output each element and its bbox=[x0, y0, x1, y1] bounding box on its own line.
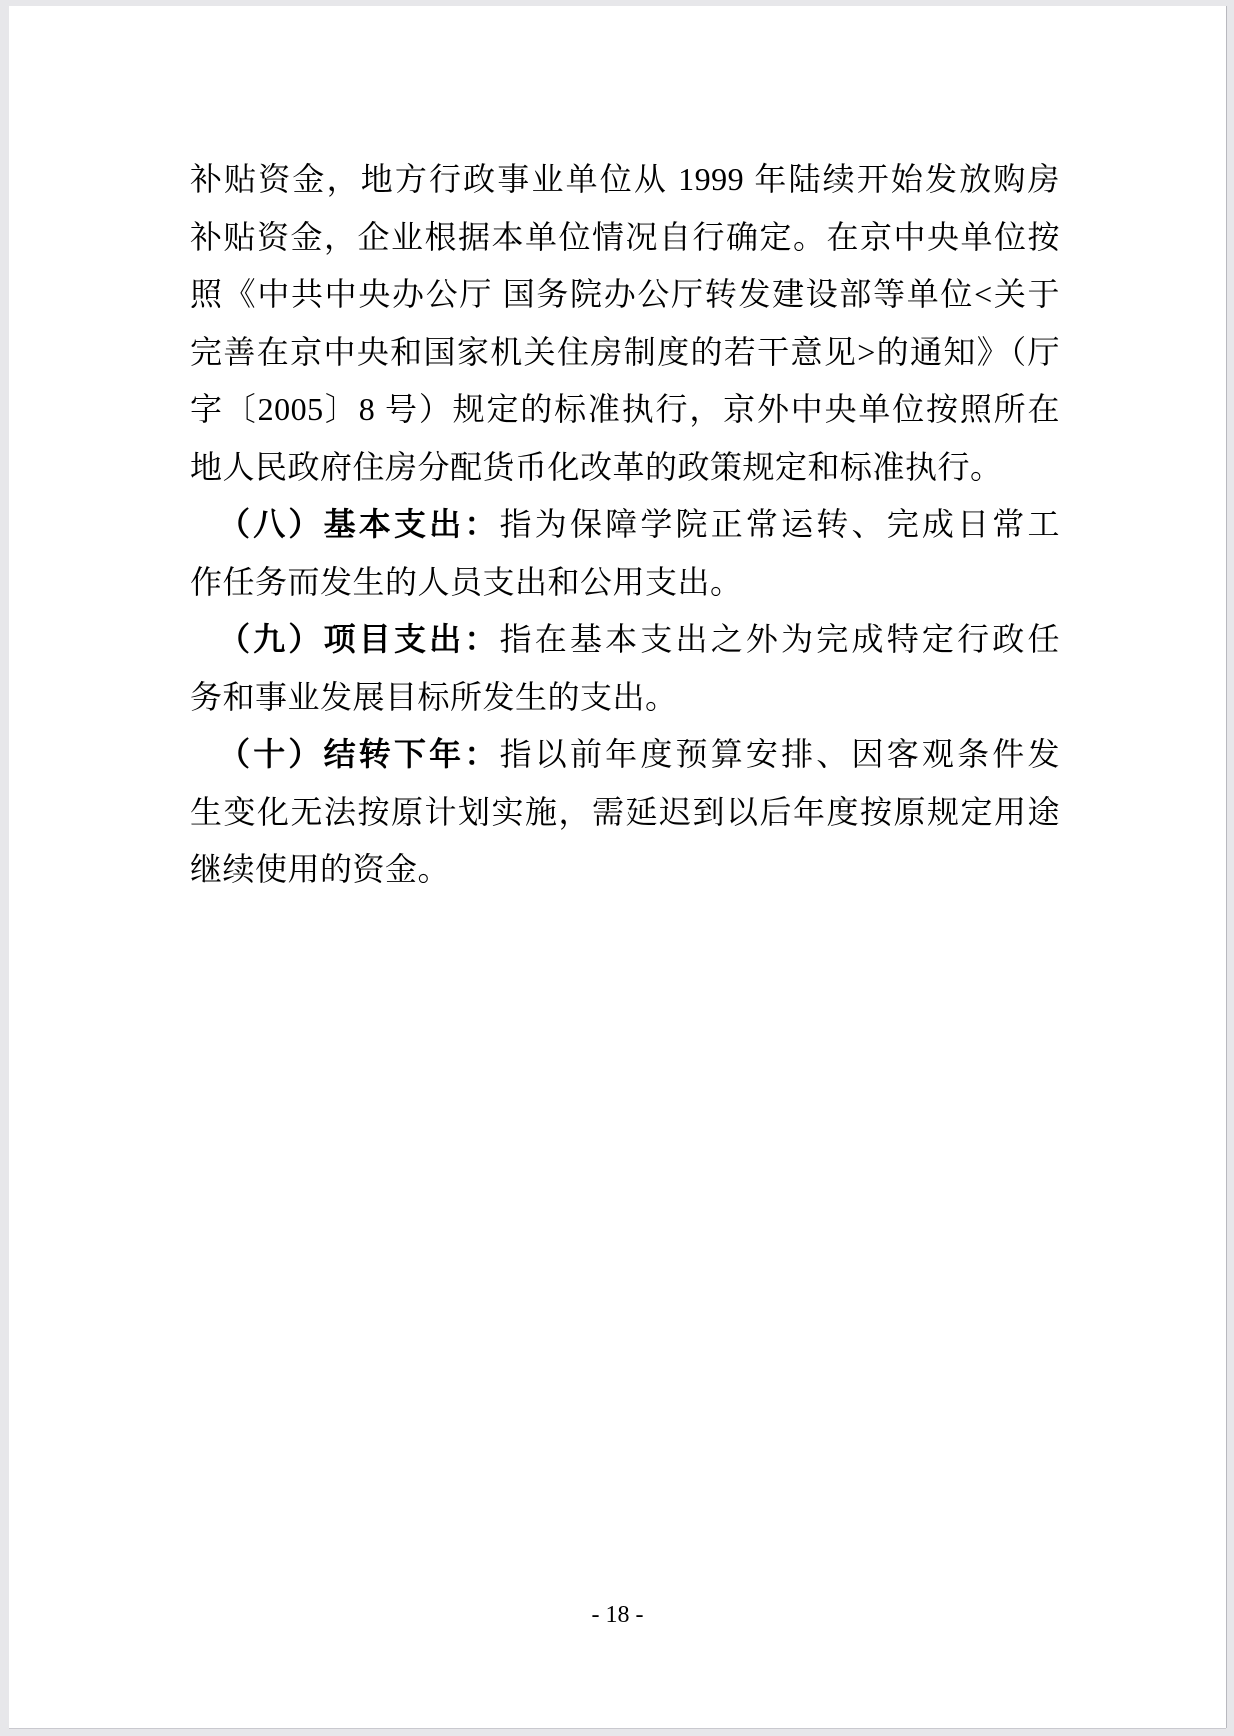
body-line: 完善在京中央和国家机关住房制度的若干意见>的通知》（厅 bbox=[190, 324, 1060, 382]
section-label: （九）项目支出： bbox=[218, 621, 500, 657]
section-label: （八）基本支出： bbox=[218, 506, 500, 542]
document-viewer: { "document": { "lines": [ { "text": "补贴… bbox=[0, 0, 1234, 1736]
document-page: 补贴资金，地方行政事业单位从 1999 年陆续开始发放购房 补贴资金，企业根据本… bbox=[9, 6, 1226, 1728]
body-text-block: 补贴资金，地方行政事业单位从 1999 年陆续开始发放购房 补贴资金，企业根据本… bbox=[190, 151, 1060, 899]
body-line: 作任务而发生的人员支出和公用支出。 bbox=[190, 554, 1060, 612]
section-label: （十）结转下年： bbox=[218, 736, 500, 772]
body-line: 生变化无法按原计划实施，需延迟到以后年度按原规定用途 bbox=[190, 784, 1060, 842]
body-line-section-10: （十）结转下年：指以前年度预算安排、因客观条件发 bbox=[190, 726, 1060, 784]
page-number: - 18 - bbox=[9, 1600, 1226, 1630]
section-text: 指以前年度预算安排、因客观条件发 bbox=[500, 736, 1060, 772]
body-line-section-9: （九）项目支出：指在基本支出之外为完成特定行政任 bbox=[190, 611, 1060, 669]
body-line: 补贴资金，企业根据本单位情况自行确定。在京中央单位按 bbox=[190, 209, 1060, 267]
body-line: 补贴资金，地方行政事业单位从 1999 年陆续开始发放购房 bbox=[190, 151, 1060, 209]
body-line: 继续使用的资金。 bbox=[190, 841, 1060, 899]
body-line: 地人民政府住房分配货币化改革的政策规定和标准执行。 bbox=[190, 439, 1060, 497]
body-line: 字〔2005〕8 号）规定的标准执行，京外中央单位按照所在 bbox=[190, 381, 1060, 439]
section-text: 指为保障学院正常运转、完成日常工 bbox=[500, 506, 1060, 542]
body-line-section-8: （八）基本支出：指为保障学院正常运转、完成日常工 bbox=[190, 496, 1060, 554]
body-line: 照《中共中央办公厅 国务院办公厅转发建设部等单位<关于 bbox=[190, 266, 1060, 324]
section-text: 指在基本支出之外为完成特定行政任 bbox=[500, 621, 1060, 657]
body-line: 务和事业发展目标所发生的支出。 bbox=[190, 669, 1060, 727]
